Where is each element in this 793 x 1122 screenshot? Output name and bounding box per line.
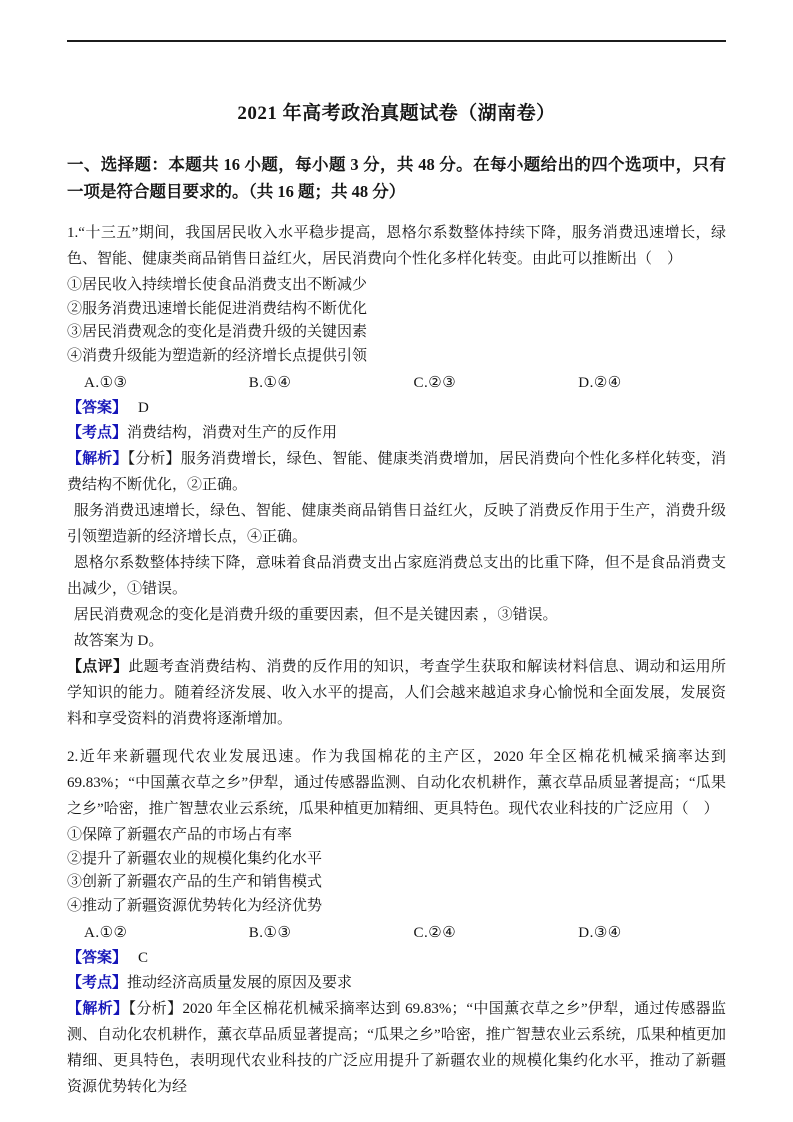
page-title: 2021 年高考政治真题试卷（湖南卷） (67, 98, 726, 125)
keypoint-text: 推动经济高质量发展的原因及要求 (127, 975, 352, 991)
analysis-paragraph: 服务消费迅速增长，绿色、智能、健康类商品销售日益红火，反映了消费反作用于生产，消… (67, 498, 726, 550)
analysis-paragraph: 居民消费观念的变化是消费升级的重要因素，但不是关键因素 ，③错误。 (67, 602, 726, 628)
option-b: B.①③ (232, 921, 397, 946)
option-d: D.②④ (561, 371, 726, 396)
analysis-paragraph: 恩格尔系数整体持续下降，意味着食品消费支出占家庭消费总支出的比重下降，但不是食品… (67, 550, 726, 602)
statement-2: ②提升了新疆农业的规模化集约化水平 (67, 848, 726, 872)
answer-label: 【答案】 (67, 950, 127, 966)
section-instructions: 一、选择题：本题共 16 小题，每小题 3 分，共 48 分。在每小题给出的四个… (67, 151, 726, 205)
answer-label: 【答案】 (67, 400, 127, 416)
analysis-paragraph: 【解析】【分析】2020 年全区棉花机械采摘率达到 69.83%；“中国薰衣草之… (67, 996, 726, 1100)
statement-4: ④消费升级能为塑造新的经济增长点提供引领 (67, 345, 726, 369)
answer-line: 【答案】C (67, 946, 726, 971)
analysis-label: 【解析】 (67, 1001, 128, 1017)
comment-text: 此题考查消费结构、消费的反作用的知识，考查学生获取和解读材料信息、调动和运用所学… (67, 659, 726, 727)
keypoint-label: 【考点】 (67, 975, 127, 991)
analysis-block: 【解析】【分析】服务消费增长，绿色、智能、健康类消费增加，居民消费向个性化多样化… (67, 446, 726, 654)
answer-line: 【答案】D (67, 396, 726, 421)
keypoint-label: 【考点】 (67, 425, 127, 441)
option-c: C.②④ (397, 921, 562, 946)
question-2: 2.近年来新疆现代农业发展迅速。作为我国棉花的主产区，2020 年全区棉花机械采… (67, 744, 726, 1100)
options-row: A.①③ B.①④ C.②③ D.②④ (67, 371, 726, 396)
analysis-label: 【解析】 (67, 451, 128, 467)
analysis-conclusion: 故答案为 D。 (67, 628, 726, 654)
comment-line: 【点评】此题考查消费结构、消费的反作用的知识，考查学生获取和解读材料信息、调动和… (67, 654, 726, 732)
statement-3: ③居民消费观念的变化是消费升级的关键因素 (67, 321, 726, 345)
statement-1: ①保障了新疆农产品的市场占有率 (67, 824, 726, 848)
option-a: A.①② (67, 921, 232, 946)
statement-list: ①保障了新疆农产品的市场占有率 ②提升了新疆农业的规模化集约化水平 ③创新了新疆… (67, 824, 726, 918)
comment-label: 【点评】 (67, 659, 128, 675)
document-page: 2021 年高考政治真题试卷（湖南卷） 一、选择题：本题共 16 小题，每小题 … (0, 40, 793, 1100)
question-stem: 2.近年来新疆现代农业发展迅速。作为我国棉花的主产区，2020 年全区棉花机械采… (67, 744, 726, 822)
question-stem: 1.“十三五”期间，我国居民收入水平稳步提高，恩格尔系数整体持续下降，服务消费迅… (67, 220, 726, 272)
statement-4: ④推动了新疆资源优势转化为经济优势 (67, 895, 726, 919)
answer-value: C (138, 950, 148, 966)
answer-value: D (138, 400, 149, 416)
option-c: C.②③ (397, 371, 562, 396)
option-b: B.①④ (232, 371, 397, 396)
analysis-paragraph: 【解析】【分析】服务消费增长，绿色、智能、健康类消费增加，居民消费向个性化多样化… (67, 446, 726, 498)
keypoint-line: 【考点】推动经济高质量发展的原因及要求 (67, 971, 726, 996)
option-d: D.③④ (561, 921, 726, 946)
statement-list: ①居民收入持续增长使食品消费支出不断减少 ②服务消费迅速增长能促进消费结构不断优… (67, 274, 726, 368)
options-row: A.①② B.①③ C.②④ D.③④ (67, 921, 726, 946)
statement-1: ①居民收入持续增长使食品消费支出不断减少 (67, 274, 726, 298)
keypoint-line: 【考点】消费结构，消费对生产的反作用 (67, 421, 726, 446)
analysis-block: 【解析】【分析】2020 年全区棉花机械采摘率达到 69.83%；“中国薰衣草之… (67, 996, 726, 1100)
statement-2: ②服务消费迅速增长能促进消费结构不断优化 (67, 298, 726, 322)
header-rule (67, 40, 726, 42)
keypoint-text: 消费结构，消费对生产的反作用 (127, 425, 337, 441)
option-a: A.①③ (67, 371, 232, 396)
question-1: 1.“十三五”期间，我国居民收入水平稳步提高，恩格尔系数整体持续下降，服务消费迅… (67, 220, 726, 732)
statement-3: ③创新了新疆农产品的生产和销售模式 (67, 871, 726, 895)
